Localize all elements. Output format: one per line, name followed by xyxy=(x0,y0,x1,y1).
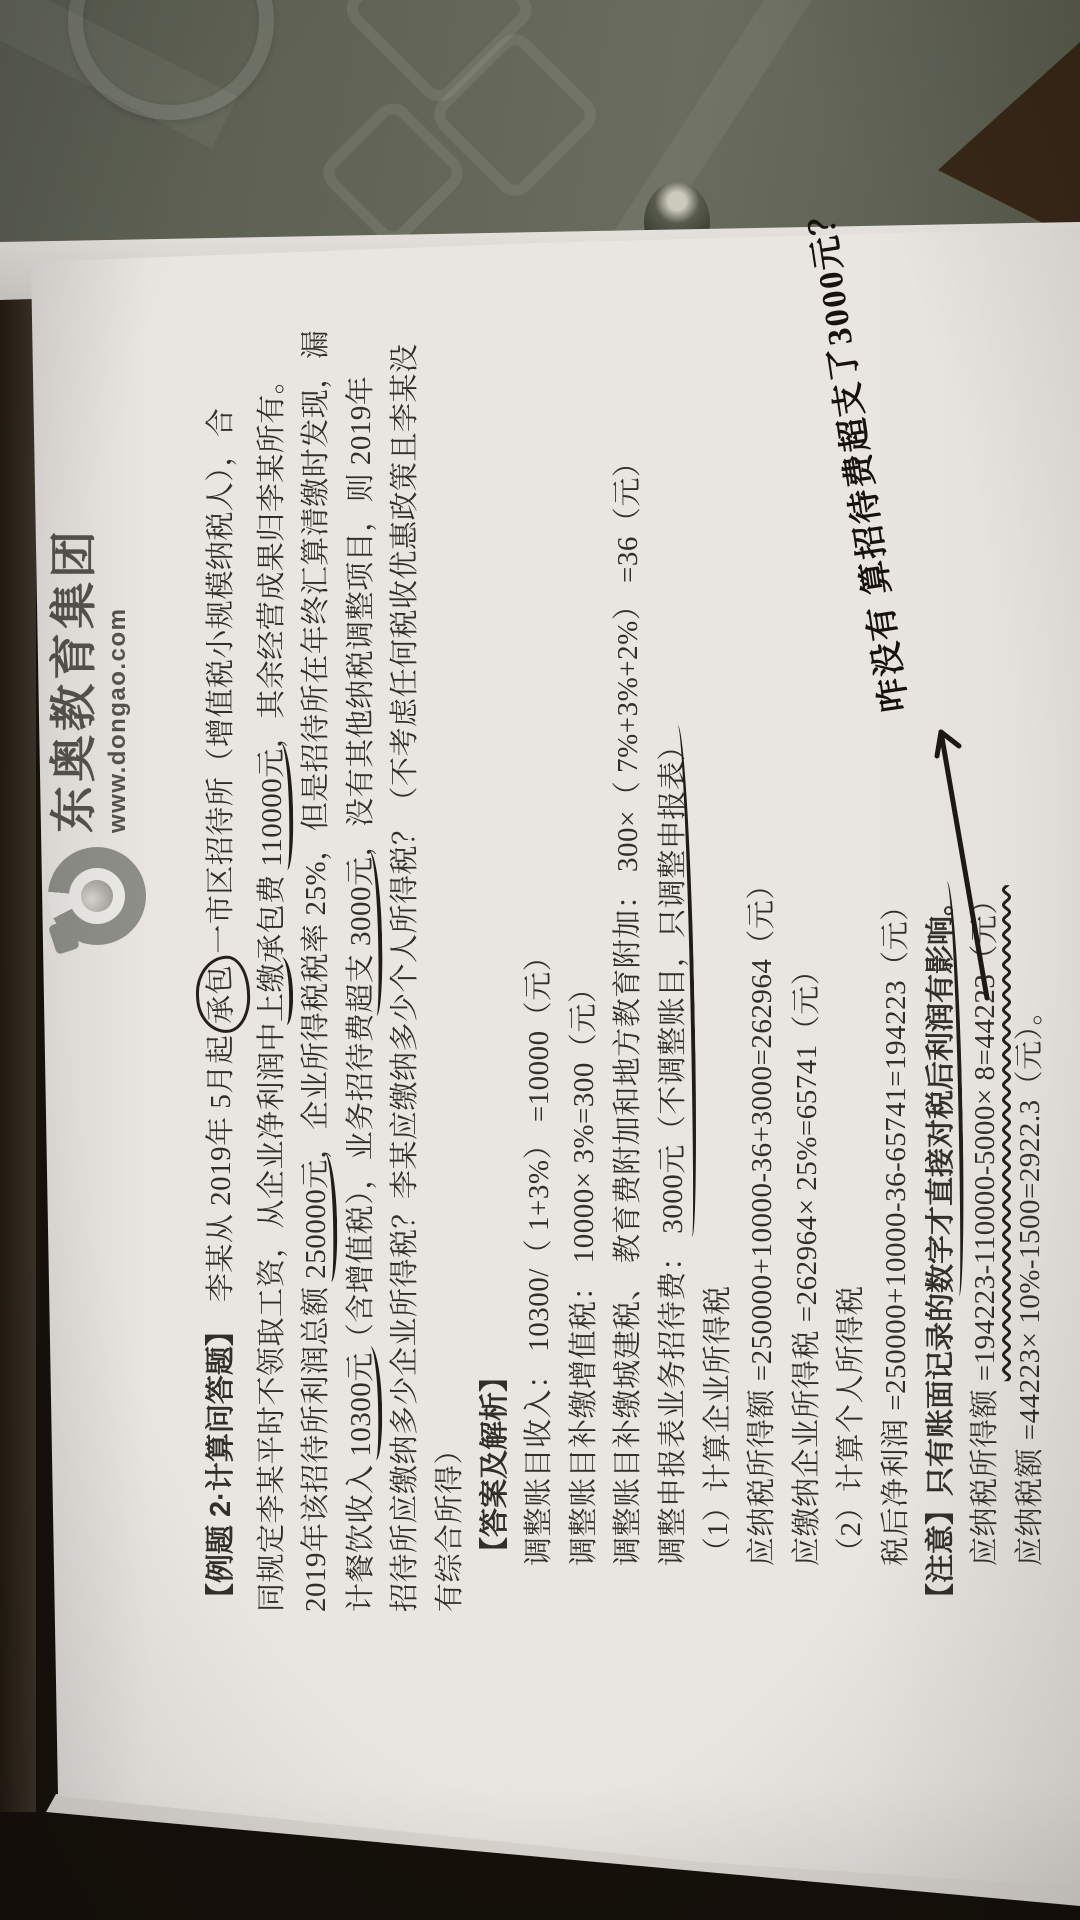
text-segment: 调整账目收入： 10300/（ 1+3%） =10000（元） xyxy=(523,942,555,1566)
text-line: 调整账目补缴城建税、 教育费附加和地方教育附加： 300×（ 7%+3%+2%）… xyxy=(606,412,651,1612)
text-line: 有综合所得） xyxy=(428,412,473,1612)
text-segment: （2）计算个人所得税 xyxy=(835,1285,867,1566)
text-segment: 调整申报表业务招待费： xyxy=(657,1234,689,1566)
text-segment: （含增值税），业务招待费 xyxy=(345,1013,377,1353)
text-line: （1）计算企业所得税 xyxy=(696,412,741,1612)
logo-company-name: 东奥教育集团 xyxy=(48,527,100,833)
dongao-swirl-icon-tab xyxy=(48,919,80,955)
text-line: 应缴纳企业所得税 =262964× 25%=65741（元） xyxy=(785,412,830,1612)
text-line: 应纳税额 =44223× 10%-1500=2922.3（元）。 xyxy=(1008,412,1053,1612)
text-segment: 【答案及解析】 xyxy=(479,1363,511,1566)
text-segment: ，企业所得税税率 25%，但是招待所在年终汇算清缴时发现，漏 xyxy=(300,330,332,1159)
hand-circle-mark: 承包 xyxy=(194,954,252,1034)
text-line: 调整申报表业务招待费： 3000元（不调整账目，只调整申报表） xyxy=(651,412,696,1612)
text-segment: 调整账目补缴增值税： 10000× 3%=300（元） xyxy=(568,974,600,1566)
text-line: 【注意】只有账面记录的数字才直接对税后利润有影响。 xyxy=(919,412,964,1612)
text-segment: 一市区招待所（增值税小规模纳税人），合 xyxy=(205,408,237,954)
text-line: 【例题 2·计算问答题】 李某从 2019年 5月起承包一市区招待所（增值税小规… xyxy=(196,412,250,1612)
text-block: 【例题 2·计算问答题】 李某从 2019年 5月起承包一市区招待所（增值税小规… xyxy=(196,412,1052,1612)
text-segment: 2019年该招待所利润总额 xyxy=(300,1279,332,1612)
text-segment: 应纳税所得额 xyxy=(969,1381,1001,1566)
logo-texts: 东奥教育集团 www.dongao.com xyxy=(48,527,132,833)
text-segment: 【例题 2·计算问答题】 xyxy=(205,1332,237,1612)
dongao-logo: 东奥教育集团 www.dongao.com xyxy=(48,527,146,945)
text-segment: ，没有其他纳税调整项目，则 2019年 xyxy=(345,376,377,857)
hand-underline-mark: 110000元 xyxy=(256,748,288,866)
hand-underline-mark: 上缴 xyxy=(256,963,288,1022)
hand-underline-mark: 超支 3000元 xyxy=(345,856,377,1012)
handwritten-arrow xyxy=(925,704,997,1004)
text-line: 2019年该招待所利润总额 250000元，企业所得税税率 25%，但是招待所在… xyxy=(294,412,339,1612)
text-segment: 【注意】只有账面记录的 xyxy=(925,1293,957,1612)
paper-edge-shadow xyxy=(0,262,36,1812)
text-segment: 应纳税所得额 =250000+10000-36+3000=262964（元） xyxy=(746,870,778,1566)
text-segment: 李某从 2019年 5月起 xyxy=(205,1035,237,1332)
text-segment: 应缴纳企业所得税 =262964× 25%=65741（元） xyxy=(791,956,823,1566)
text-line: 招待所应缴纳多少企业所得税？李某应缴纳多少个人所得税？（不考虑任何税收优惠政策且… xyxy=(383,412,428,1612)
text-line: 调整账目补缴增值税： 10000× 3%=300（元） xyxy=(562,412,607,1612)
text-line: 同规定李某平时不领取工资，从企业净利润中上缴承包费 110000元，其余经营成果… xyxy=(250,412,295,1612)
text-segment: 税后净利润 =250000+10000-36-65741=194223（元） xyxy=(880,891,912,1566)
text-segment: 同规定李某平时不领取工资，从企业净利润中 xyxy=(256,1022,288,1612)
text-segment: ，其余经营成果归李某所有。 xyxy=(256,365,288,749)
text-segment: 调整账目补缴城建税、 教育费附加和地方教育附加： 300×（ 7%+3%+2%）… xyxy=(612,448,644,1566)
text-segment: （1）计算企业所得税 xyxy=(702,1285,734,1566)
text-segment: 计餐饮收入 xyxy=(345,1457,377,1612)
text-segment: 应纳税额 =44223× 10%-1500=2922.3（元）。 xyxy=(1014,996,1046,1566)
logo-website-text: www.dongao.com xyxy=(104,527,132,833)
hand-underline-mark: 3000元（不调整账目，只调整申报表） xyxy=(657,731,689,1234)
text-line: 应纳税所得额 =194223-110000-5000× 8=44223（元） xyxy=(963,412,1008,1612)
hand-underline-mark: 10300元 xyxy=(345,1352,377,1457)
text-line: 调整账目收入： 10300/（ 1+3%） =10000（元） xyxy=(517,412,562,1612)
text-segment: 承包费 xyxy=(256,867,288,963)
text-segment: 有综合所得） xyxy=(434,1435,466,1612)
text-segment: 招待所应缴纳多少企业所得税？李某应缴纳多少个人所得税？（不考虑任何税收优惠政策且… xyxy=(389,343,421,1612)
text-line: 计餐饮收入 10300元（含增值税），业务招待费超支 3000元，没有其他纳税调… xyxy=(339,412,384,1612)
page-content-wrap: 东奥教育集团 www.dongao.com 【例题 2·计算问答题】 李某从 2… xyxy=(32,150,1078,1890)
dongao-swirl-icon xyxy=(48,847,146,945)
text-line: 【答案及解析】 xyxy=(473,412,518,1612)
hand-underline-mark: 250000元 xyxy=(300,1159,332,1279)
text-line: 应纳税所得额 =250000+10000-36+3000=262964（元） xyxy=(740,412,785,1612)
page-content-rotated: 东奥教育集团 www.dongao.com 【例题 2·计算问答题】 李某从 2… xyxy=(32,150,1078,1890)
